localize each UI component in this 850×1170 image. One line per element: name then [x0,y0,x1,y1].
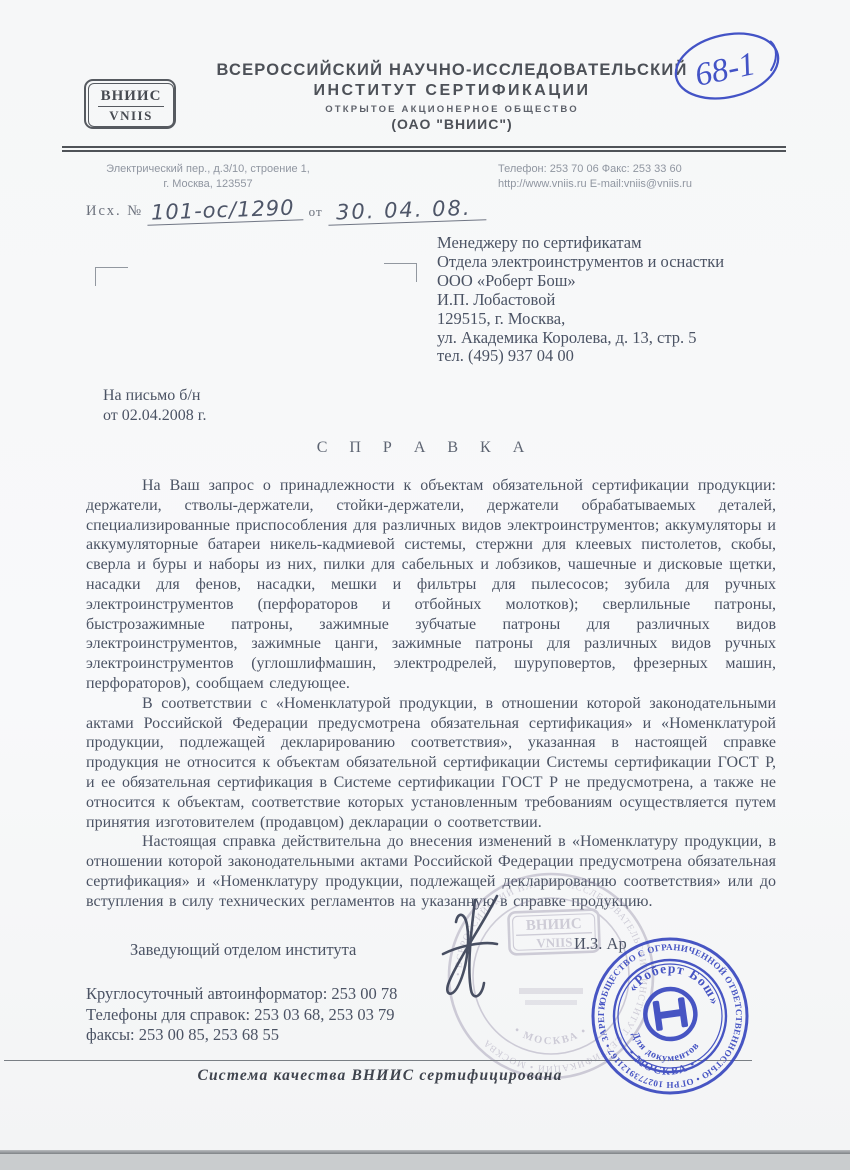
recipient-line: Отдела электроинструментов и оснастки [437,253,777,272]
scan-page-edge [0,1150,850,1154]
contact-line: Телефоны для справок: 253 03 68, 253 03 … [86,1005,397,1026]
outgoing-date-handwritten: 30. 04. 08. [327,195,485,225]
vniis-logo-divider [98,106,164,107]
reply-reference: На письмо б/н от 02.04.2008 г. [103,386,207,425]
recipient-line: ул. Академика Королева, д. 13, стр. 5 [437,329,777,348]
org-address: Электрический пер., д.3/10, строение 1, … [58,162,358,192]
contact-line: Круглосуточный автоинформатор: 253 00 78 [86,984,397,1005]
annotation-number: 68-1 [692,46,759,94]
recipient-line: ООО «Роберт Бош» [437,272,777,291]
recipient-line: Менеджеру по сертификатам [437,234,777,253]
vniis-logo-ru: ВНИИС [101,88,162,105]
paragraph-1: На Ваш запрос о принадлежности к объекта… [86,476,776,694]
signature-ink [425,880,535,1015]
vniis-logo-inner: ВНИИС VNIIS [88,83,174,127]
org-name-line1: ВСЕРОССИЙСКИЙ НАУЧНО-ИССЛЕДОВАТЕЛЬСКИЙ [212,60,692,81]
document-title: С П Р А В К А [0,439,850,457]
outgoing-from-word: от [303,204,325,223]
org-web-email: http://www.vniis.ru E-mail:vniis@vniis.r… [498,177,798,192]
org-address-line1: Электрический пер., д.3/10, строение 1, [58,162,358,177]
footer-quality-note: Система качества ВНИИС сертифицирована [110,1067,650,1085]
contact-line: факсы: 253 00 85, 253 68 55 [86,1025,397,1046]
paper-sheet: ВНИИС VNIIS ВСЕРОССИЙСКИЙ НАУЧНО-ИССЛЕДО… [0,0,850,1153]
svg-text:• МОСКВА •: • МОСКВА • [512,1025,590,1047]
recipient-line: 129515, г. Москва, [437,310,777,329]
vniis-stamp-city: • МОСКВА • [512,1025,590,1047]
org-contacts: Телефон: 253 70 06 Факс: 253 33 60 http:… [498,162,798,192]
vniis-logo-en: VNIIS [109,108,153,123]
vniis-logo: ВНИИС VNIIS [84,79,176,129]
signer-position: Заведующий отделом института [130,940,356,960]
org-name-line2: ИНСТИТУТ СЕРТИФИКАЦИИ [212,81,692,101]
outgoing-label: Исх. № [86,203,143,223]
recipient-line: И.П. Лобастовой [437,291,777,310]
org-phone-fax: Телефон: 253 70 06 Факс: 253 33 60 [498,162,798,177]
address-corner-mark-right [384,263,417,282]
recipient-line: тел. (495) 937 04 00 [437,347,777,366]
org-name-block: ВСЕРОССИЙСКИЙ НАУЧНО-ИССЛЕДОВАТЕЛЬСКИЙ И… [212,60,692,133]
org-type-line: ОТКРЫТОЕ АКЦИОНЕРНОЕ ОБЩЕСТВО [212,103,692,116]
handwritten-page-annotation: 68-1 [665,20,795,115]
recipient-block: Менеджеру по сертификатам Отдела электро… [437,234,777,366]
outgoing-ref-line: Исх. № 101-ос/1290 от 30. 04. 08. [86,198,485,223]
reply-reference-line1: На письмо б/н [103,386,207,406]
reply-reference-line2: от 02.04.2008 г. [103,406,207,426]
contact-lines: Круглосуточный автоинформатор: 253 00 78… [86,984,397,1046]
bosch-armature-logo [642,986,698,1042]
document-body: На Ваш запрос о принадлежности к объекта… [86,476,776,912]
org-short-name: (ОАО "ВНИИС") [212,116,692,133]
bosch-round-stamp: ОБЩЕСТВО С ОГРАНИЧЕННОЙ ОТВЕТСТВЕННОСТЬЮ… [589,935,751,1097]
address-corner-mark-left [95,267,128,286]
letterhead-rule [62,146,786,152]
paragraph-2: В соответствии с «Номенклатурой продукци… [86,694,776,833]
scanned-letter: ВНИИС VNIIS ВСЕРОССИЙСКИЙ НАУЧНО-ИССЛЕДО… [0,0,850,1170]
outgoing-number-handwritten: 101-ос/1290 [147,195,303,225]
org-address-line2: г. Москва, 123557 [58,177,358,192]
vniis-stamp-box-en: VNIIS [536,934,573,950]
